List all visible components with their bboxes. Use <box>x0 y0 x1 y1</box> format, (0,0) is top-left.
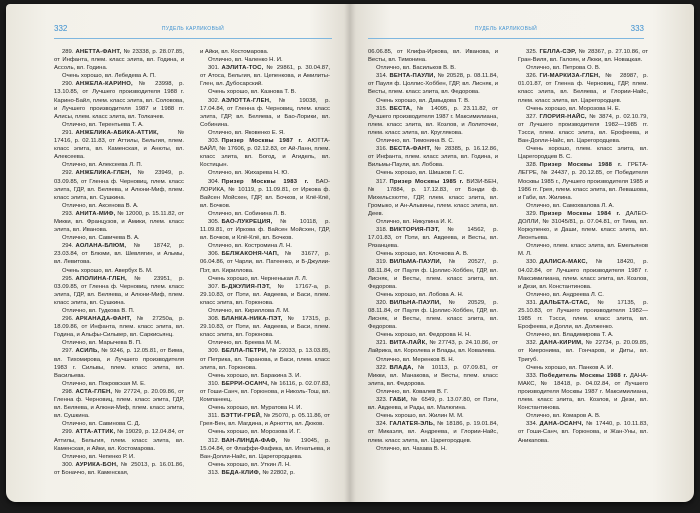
entry-number: 312. <box>208 438 219 444</box>
dog-entry: 332.ДАНА-КИРИМ, № 22734, р. 20.09.85, от… <box>518 339 648 371</box>
entry-grade: Очень хорошо, вл. Морозова Н. Е. <box>518 105 648 113</box>
pedigree-text: № 10113, р. 07.09.81, от Микки, вл. Мана… <box>368 365 498 387</box>
entry-number: 307. <box>208 284 219 290</box>
entry-number: 318. <box>376 227 387 233</box>
pedigree-text: № 22734, р. 20.09.85, от Киеронима, вл. … <box>518 340 648 362</box>
dog-entry: 304.Призер Москвы 1983 г. БАО-ЛОРИКА, № … <box>200 178 330 218</box>
dog-name: ДАНА-КИРИМ, <box>539 340 583 346</box>
entry-text: 296.АРКАНАДА-ФАНТ, № 27250а, р. 18.09.86… <box>54 315 184 339</box>
entry-grade: Отлично, вл. Тимонина В. С. <box>368 137 498 145</box>
dog-entry: 322.ВЛАДА, № 10113, р. 07.09.81, от Микк… <box>368 364 498 396</box>
entry-number: 302. <box>208 98 219 104</box>
dog-name: АУРИКА-БОН, <box>75 462 118 468</box>
entry-text: 289.АНЕТТА-ФАНТ, № 23338, р. 28.07.85, о… <box>54 48 184 72</box>
entry-grade: Очень хорошо, вл. Давыдова Т. В. <box>368 97 498 105</box>
pedigree-text: № 28385, р. 16.12.86, от Инфанта, плем. … <box>368 146 498 168</box>
dog-entry: 333.Победитель Москвы 1988 г. ДАНА-МАКС,… <box>518 372 648 421</box>
dog-name: АТТА-АТТИК, <box>75 429 115 435</box>
pedigree-text: № 22802, р. <box>262 470 295 476</box>
entry-grade: Отлично, вл. Савичева В. А. <box>54 234 184 242</box>
dog-name: АПОЛИНА-ГЛЕН, <box>75 276 126 282</box>
dog-name: ВИЛЬМА-ПАУЛИ, <box>389 259 441 265</box>
entry-text: 317.Призер Москвы 1985 г. ВИЗИ-БЕН, № 17… <box>368 178 498 218</box>
entry-number: 289. <box>62 49 73 55</box>
dog-name: АЭЛОТТА-ГЛЕН, <box>221 98 271 104</box>
entry-number: 325. <box>526 49 537 55</box>
pedigree-text: и Айки, вл. Костомарова. <box>200 49 268 55</box>
entry-text: 333.Победитель Москвы 1988 г. ДАНА-МАКС,… <box>518 372 648 412</box>
entry-number: 315. <box>376 106 387 112</box>
entry-grade: Отлично, вл. Петрова О. В. <box>518 64 648 72</box>
entry-text: 306.БЕЛЖАКОНЯ-ЧАП, № 31677, р. 06.04.86,… <box>200 250 330 274</box>
right-column-1: 06.06.85, от Клифа-Иркова, вл. Иванова, … <box>368 48 498 453</box>
entry-text: 297.АСИЛЬ, № 9246, р. 12.05.81, от Бима,… <box>54 347 184 379</box>
dog-name: ГАБИ, <box>389 397 407 403</box>
dog-name: Призер Москвы 1988 г. <box>539 162 621 168</box>
entry-grade: Отлично, вл. Терентьева Т. А. <box>54 121 184 129</box>
dog-entry: 320.ВИЛЬНА-ПАУЛИ, № 20529, р. 08.11.84, … <box>368 299 498 339</box>
entry-number: 332. <box>526 340 537 346</box>
entry-text: 303.Призер Москвы 1987 г. АЮТТА-БАЙЛ, № … <box>200 137 330 169</box>
entry-grade: Отлично, вл. Покровская М. Е. <box>54 380 184 388</box>
dog-entry: 292.АНЖЕЛИКА-ГЛЕН, № 23949, р. 03.09.85,… <box>54 169 184 209</box>
dog-entry: 329.Призер Москвы 1984 г. ДАЛЕО-ДОЛЛИ, №… <box>518 210 648 259</box>
dog-name: АРКАНАДА-ФАНТ, <box>75 316 131 322</box>
dog-entry: 295.АПОЛИНА-ГЛЕН, № 23951, р. 03.09.85, … <box>54 275 184 315</box>
entry-number: 314. <box>376 73 387 79</box>
entry-number: 309. <box>208 348 219 354</box>
entry-number: 290. <box>62 81 73 87</box>
entry-text: 321.ВИТА-ЛАЙК, № 27743, р. 24.10.86, от … <box>368 339 498 355</box>
entry-text: 334.ДАНА-ОСАНЧ, № 17440, р. 10.11.83, от… <box>518 420 648 444</box>
dog-name: Б-ДЖУЛИЯ-ПЭТ, <box>221 284 271 290</box>
entry-number: 319. <box>376 259 387 265</box>
dog-entry: 331.ДАЛЬЕТА-СТАС, № 17135, р. 25.10.83, … <box>518 299 648 339</box>
entry-grade: Очень хорошо, вл. Федорова Н. Н. <box>368 331 498 339</box>
dog-entry: 309.БЕЛЛА-ПЕТРИ, № 22033, р. 13.03.85, о… <box>200 347 330 379</box>
entry-text: 310.БЕРРИ-ОСАНЧ, № 16116, р. 02.07.83, о… <box>200 380 330 404</box>
dog-entry: 316.ВЕСТА-ФАНТ, № 28385, р. 16.12.86, от… <box>368 145 498 177</box>
entry-text: 329.Призер Москвы 1984 г. ДАЛЕО-ДОЛЛИ, №… <box>518 210 648 242</box>
entry-grade: Очень хорошо, вл. Лобова А. Н. <box>368 291 498 299</box>
dog-name: ВЕНТА-ПАУЛИ, <box>389 73 435 79</box>
dog-entry: 305.БАО-ЛУКРЕЦИЯ, № 10118, р. 11.09.81, … <box>200 218 330 250</box>
entry-number: 328. <box>526 162 537 168</box>
entry-grade: Отлично, вл. Васильков В. В. <box>368 64 498 72</box>
dog-entry: 326.ГИ-МАРКИЗА-ГЛЕН, № 28987, р. 01.01.8… <box>518 72 648 112</box>
entry-text: 331.ДАЛЬЕТА-СТАС, № 17135, р. 25.10.83, … <box>518 299 648 331</box>
right-running-head: ПУДЕЛЬ КАРЛИКОВЫЙ 333 <box>368 24 644 39</box>
entry-text: 323.ГАБИ, № 6549, р. 13.07.80, от Пэти, … <box>368 396 498 412</box>
pedigree-text: 06.06.85, от Клифа-Иркова, вл. Иванова, … <box>368 49 498 63</box>
dog-name: ГАЛАТЕЯ-ЭЛЬ, <box>389 421 434 427</box>
entry-number: 313. <box>208 470 219 476</box>
dog-entry: 317.Призер Москвы 1985 г. ВИЗИ-БЕН, № 17… <box>368 178 498 227</box>
entry-text: 06.06.85, от Клифа-Иркова, вл. Иванова, … <box>368 48 498 64</box>
dog-name: Победитель Москвы 1988 г. <box>539 373 627 379</box>
entry-number: 321. <box>376 340 387 346</box>
pedigree-text: № 25070, р. 05.11.86, от Грея-Вен, вл. М… <box>200 413 330 427</box>
dog-entry: 310.БЕРРИ-ОСАНЧ, № 16116, р. 02.07.83, о… <box>200 380 330 412</box>
dog-entry: 324.ГАЛАТЕЯ-ЭЛЬ, № 18186, р. 19.01.84, о… <box>368 420 498 452</box>
entry-number: 308. <box>208 316 219 322</box>
entry-text: 315.ВЕСТА, № 14095, р. 23.11.82, от Лучш… <box>368 105 498 137</box>
pedigree-text: № 25013, р. 16.01.86, от Боначчо, вл. Ка… <box>54 462 184 476</box>
entry-grade: Очень хорошо, вл. Жилин М. М. <box>368 412 498 420</box>
entry-grade: Очень хорошо, вл. Казнова Т. В. <box>200 88 330 96</box>
entry-text: 318.ВИКТОРИЯ-ПЭТ, № 14562, р. 17.01.83, … <box>368 226 498 250</box>
entry-grade: Очень хорошо, вл. Морозова И. Г. <box>200 428 330 436</box>
entry-number: 333. <box>526 373 537 379</box>
dog-entry: 327.ГЛОРИЯ-НАЙС, № 3874, р. 02.10.79, от… <box>518 113 648 162</box>
entry-text: 316.ВЕСТА-ФАНТ, № 28385, р. 16.12.86, от… <box>368 145 498 169</box>
entry-grade: Очень хорошо, вл. Черненькая Л. Л. <box>200 275 330 283</box>
dog-entry: 302.АЭЛОТТА-ГЛЕН, № 19038, р. 17.04.84, … <box>200 97 330 137</box>
entry-number: 298. <box>62 389 73 395</box>
entry-text: 326.ГИ-МАРКИЗА-ГЛЕН, № 28987, р. 01.01.8… <box>518 72 648 104</box>
dog-name: АНЖЕЛА-КАРИНО, <box>75 81 132 87</box>
left-column-1: 289.АНЕТТА-ФАНТ, № 23338, р. 28.07.85, о… <box>54 48 184 477</box>
entry-grade: Отлично, вл. Марычева В. П. <box>54 339 184 347</box>
dog-name: ВИТА-ЛАЙК, <box>389 340 427 346</box>
dog-entry: 321.ВИТА-ЛАЙК, № 27743, р. 24.10.86, от … <box>368 339 498 363</box>
dog-name: АСТА-ГЛЕН, <box>75 389 112 395</box>
entry-grade: Отлично, вл. Кириллова Л. М. <box>200 307 330 315</box>
entry-grade: Отлично, вл. Аксенова В. А. <box>54 202 184 210</box>
entry-text: 311.БЭТТИ-ГРЕЙ, № 25070, р. 05.11.86, от… <box>200 412 330 428</box>
pedigree-text: № 14095, р. 23.11.82, от Лучшего произво… <box>368 106 498 136</box>
entry-number: 330. <box>526 259 537 265</box>
dog-entry: 297.АСИЛЬ, № 9246, р. 12.05.81, от Бима,… <box>54 347 184 387</box>
entry-grade: Очень хорошо, вл. Лебедева А. П. <box>54 72 184 80</box>
entry-grade: Очень хорошо, плем. класс элита, вл. Цар… <box>518 145 648 161</box>
entry-text: 330.ДАЛИСА-МАКС, № 18420, р. 04.02.84, о… <box>518 258 648 290</box>
dog-name: ГЛОРИЯ-НАЙС, <box>539 114 586 120</box>
entry-text: 304.Призер Москвы 1983 г. БАО-ЛОРИКА, № … <box>200 178 330 210</box>
entry-number: 296. <box>62 316 73 322</box>
pedigree-text: № 6549, р. 13.07.80, от Пэти, вл. Авдеев… <box>368 397 498 411</box>
dog-name: ГЕЛЛА-СЭР, <box>539 49 576 55</box>
dog-entry: 308.БЛАНКА-НИКА-ПЭТ, № 17315, р. 29.10.8… <box>200 315 330 347</box>
entry-grade: Очень хорошо, вл. Баракина З. И. <box>200 372 330 380</box>
dog-entry: 293.АНИТА-МИФ, № 12000, р. 15.11.82, от … <box>54 210 184 242</box>
dog-entry: и Айки, вл. Костомарова.Отлично, вл. Чал… <box>200 48 330 64</box>
dog-name: АНИТА-МИФ, <box>75 211 115 217</box>
dog-entry: 301.АЭЛИТА-ТОС, № 29861, р. 30.04.87, от… <box>200 64 330 96</box>
entry-text: 313.ВЕДА-КЛИФ, № 22802, р. <box>200 469 330 477</box>
dog-name: АНЖЕЛИКА-АБИКА-АТТИК, <box>75 130 158 136</box>
dog-name: ДАНА-ОСАНЧ, <box>539 421 583 427</box>
entry-grade: Очень хорошо, вл. Клочкова А. В. <box>368 250 498 258</box>
entry-text: 295.АПОЛИНА-ГЛЕН, № 23951, р. 03.09.85, … <box>54 275 184 307</box>
entry-number: 329. <box>526 211 537 217</box>
dog-entry: 303.Призер Москвы 1987 г. АЮТТА-БАЙЛ, № … <box>200 137 330 177</box>
dog-name: Призер Москвы 1987 г. <box>221 138 302 144</box>
dog-entry: 311.БЭТТИ-ГРЕЙ, № 25070, р. 05.11.86, от… <box>200 412 330 436</box>
dog-name: БЭТТИ-ГРЕЙ, <box>221 413 262 419</box>
entry-number: 331. <box>526 300 537 306</box>
entry-grade: Очень хорошо, вл. Муратова Н. И. <box>200 404 330 412</box>
dog-entry: 300.АУРИКА-БОН, № 25013, р. 16.01.86, от… <box>54 461 184 477</box>
dog-name: ВАН-ЛИНДА-ФАФ, <box>221 438 277 444</box>
pedigree-text: № 19029, р. 12.04.84, от Аттилы, Бельгия… <box>54 429 184 451</box>
dog-entry: 325.ГЕЛЛА-СЭР, № 28367, р. 27.10.86, от … <box>518 48 648 72</box>
entry-text: 309.БЕЛЛА-ПЕТРИ, № 22033, р. 13.03.85, о… <box>200 347 330 371</box>
dog-name: АОЛАНА-БЛЮМ, <box>75 243 126 249</box>
entry-grade: Отлично, вл. Собинина Л. В. <box>200 210 330 218</box>
dog-entry: 319.ВИЛЬМА-ПАУЛИ, № 20527, р. 08.11.84, … <box>368 258 498 298</box>
dog-name: БЛАНКА-НИКА-ПЭТ, <box>221 316 282 322</box>
entry-text: 325.ГЕЛЛА-СЭР, № 28367, р. 27.10.86, от … <box>518 48 648 64</box>
dog-name: ВЕСТА-ФАНТ, <box>389 146 431 152</box>
entry-number: 324. <box>376 421 387 427</box>
dog-name: ГИ-МАРКИЗА-ГЛЕН, <box>539 73 600 79</box>
dog-name: Призер Москвы 1984 г. <box>539 211 620 217</box>
dog-entry: 313.ВЕДА-КЛИФ, № 22802, р. <box>200 469 330 477</box>
entry-text: 332.ДАНА-КИРИМ, № 22734, р. 20.09.85, от… <box>518 339 648 363</box>
entry-grade: Отлично, вл. Жихарева Н. Ю. <box>200 169 330 177</box>
entry-number: 303. <box>208 138 219 144</box>
entry-number: 293. <box>62 211 73 217</box>
dog-entry: 294.АОЛАНА-БЛЮМ, № 18742, р. 23.03.84, о… <box>54 242 184 274</box>
dog-entry: 330.ДАЛИСА-МАКС, № 18420, р. 04.02.84, о… <box>518 258 648 298</box>
entry-number: 311. <box>208 413 219 419</box>
entry-number: 294. <box>62 243 73 249</box>
entry-grade: Отлично, вл. Бреева М. М. <box>200 339 330 347</box>
pedigree-text: № 27743, р. 24.10.86, от Лайрика, вл. Ко… <box>368 340 498 354</box>
entry-text: 294.АОЛАНА-БЛЮМ, № 18742, р. 23.03.84, о… <box>54 242 184 266</box>
entry-number: 297. <box>62 348 73 354</box>
entry-text: 322.ВЛАДА, № 10113, р. 07.09.81, от Микк… <box>368 364 498 388</box>
dog-name: АСИЛЬ, <box>75 348 99 354</box>
dog-name: ВЕСТА, <box>389 106 412 112</box>
page-number: 333 <box>631 24 644 33</box>
entry-number: 305. <box>208 219 219 225</box>
entry-text: 292.АНЖЕЛИКА-ГЛЕН, № 23949, р. 03.09.85,… <box>54 169 184 201</box>
entry-grade: Очень хорошо, вл. Панков А. И. <box>518 364 648 372</box>
entry-number: 300. <box>62 462 73 468</box>
entry-number: 304. <box>208 179 219 185</box>
dog-entry: 289.АНЕТТА-ФАНТ, № 23338, р. 28.07.85, о… <box>54 48 184 80</box>
dog-entry: 314.ВЕНТА-ПАУЛИ, № 20528, р. 08.11.84, о… <box>368 72 498 104</box>
entry-number: 322. <box>376 365 387 371</box>
entry-grade: Отлично, вл. Савинова С. Д. <box>54 420 184 428</box>
entry-text: 319.ВИЛЬМА-ПАУЛИ, № 20527, р. 08.11.84, … <box>368 258 498 290</box>
entry-grade: Отлично, вл. Алексеева Л. П. <box>54 161 184 169</box>
dog-name: ВИЛЬНА-ПАУЛИ, <box>389 300 441 306</box>
entry-grade: Отлично, вл. Ковалев В. Г. <box>368 388 498 396</box>
entry-text: 305.БАО-ЛУКРЕЦИЯ, № 10118, р. 11.09.81, … <box>200 218 330 242</box>
entry-number: 327. <box>526 114 537 120</box>
entry-grade: Отлично, вл. Меренков В. Н. <box>368 356 498 364</box>
book-spread: 332 ПУДЕЛЬ КАРЛИКОВЫЙ 289.АНЕТТА-ФАНТ, №… <box>6 4 694 502</box>
pedigree-text: № 28367, р. 27.10.86, от Гран-Виля, вл. … <box>518 49 648 63</box>
entry-grade: Отлично, вл. Костромина Л. Н. <box>200 242 330 250</box>
dog-entry: 328.Призер Москвы 1988 г. ГРЕТА-ЛЕГРЕ, №… <box>518 161 648 210</box>
dog-name: Призер Москвы 1985 г. <box>389 179 463 185</box>
entry-text: 312.ВАН-ЛИНДА-ФАФ, № 19045, р. 15.04.84,… <box>200 437 330 461</box>
entry-text: 301.АЭЛИТА-ТОС, № 29861, р. 30.04.87, от… <box>200 64 330 88</box>
entry-number: 295. <box>62 276 73 282</box>
entry-text: 308.БЛАНКА-НИКА-ПЭТ, № 17315, р. 29.10.8… <box>200 315 330 339</box>
entry-number: 323. <box>376 397 387 403</box>
dog-entry: 307.Б-ДЖУЛИЯ-ПЭТ, № 17167-а, р. 29.10.83… <box>200 283 330 315</box>
dog-name: ДАЛИСА-МАКС, <box>539 259 587 265</box>
running-title: ПУДЕЛЬ КАРЛИКОВЫЙ <box>368 26 644 32</box>
entry-grade: Очень хорошо, вл. Авербух Б. М. <box>54 267 184 275</box>
dog-name: ДАЛЬЕТА-СТАС, <box>539 300 589 306</box>
dog-entry: 291.АНЖЕЛИКА-АБИКА-АТТИК, № 17416, р. 02… <box>54 129 184 169</box>
pedigree-text: № 27724, р. 20.09.86, от Гленна ф. Черно… <box>54 389 184 419</box>
entry-text: 327.ГЛОРИЯ-НАЙС, № 3874, р. 02.10.79, от… <box>518 113 648 145</box>
dog-entry: 315.ВЕСТА, № 14095, р. 23.11.82, от Лучш… <box>368 105 498 145</box>
dog-name: АНЖЕЛИКА-ГЛЕН, <box>75 170 131 176</box>
entry-grade: Очень хорошо, вл. Уткин Л. Н. <box>200 461 330 469</box>
dog-entry: 334.ДАНА-ОСАНЧ, № 17440, р. 10.11.83, от… <box>518 420 648 444</box>
dog-entry: 06.06.85, от Клифа-Иркова, вл. Иванова, … <box>368 48 498 72</box>
dog-name: АНЕТТА-ФАНТ, <box>75 49 121 55</box>
dog-name: АЭЛИТА-ТОС, <box>221 65 263 71</box>
entry-number: 317. <box>376 179 387 185</box>
entry-grade: Отлично, плем. класс элита, вл. Емельяно… <box>518 242 648 258</box>
entry-text: 307.Б-ДЖУЛИЯ-ПЭТ, № 17167-а, р. 29.10.83… <box>200 283 330 307</box>
entry-text: 291.АНЖЕЛИКА-АБИКА-АТТИК, № 17416, р. 02… <box>54 129 184 161</box>
entry-number: 301. <box>208 65 219 71</box>
entry-grade: Отлично, вл. Яковенко Е. Я. <box>200 129 330 137</box>
entry-grade: Отлично, вл. Владимирова Т. А. <box>518 331 648 339</box>
entry-text: 328.Призер Москвы 1988 г. ГРЕТА-ЛЕГРЕ, №… <box>518 161 648 201</box>
entry-grade: Отлично, вл. Гудкова В. П. <box>54 307 184 315</box>
entry-number: 299. <box>62 429 73 435</box>
left-column-2: и Айки, вл. Костомарова.Отлично, вл. Чал… <box>200 48 330 477</box>
dog-entry: 298.АСТА-ГЛЕН, № 27724, р. 20.09.86, от … <box>54 388 184 428</box>
entry-number: 310. <box>208 381 219 387</box>
entry-grade: Отлично, вл. Чахава В. Н. <box>368 445 498 453</box>
dog-entry: 318.ВИКТОРИЯ-ПЭТ, № 14562, р. 17.01.83, … <box>368 226 498 258</box>
entry-grade: Отлично, вл. Самохвалова Л. А. <box>518 202 648 210</box>
dog-name: ВЕДА-КЛИФ, <box>221 470 260 476</box>
dog-entry: 312.ВАН-ЛИНДА-ФАФ, № 19045, р. 15.04.84,… <box>200 437 330 469</box>
entry-text: 324.ГАЛАТЕЯ-ЭЛЬ, № 18186, р. 19.01.84, о… <box>368 420 498 444</box>
left-running-head: 332 ПУДЕЛЬ КАРЛИКОВЫЙ <box>54 24 332 39</box>
dog-name: Призер Москвы 1983 г. <box>221 179 308 185</box>
dog-name: ВИКТОРИЯ-ПЭТ, <box>389 227 439 233</box>
entry-text: 293.АНИТА-МИФ, № 12000, р. 15.11.82, от … <box>54 210 184 234</box>
entry-text: 314.ВЕНТА-ПАУЛИ, № 20528, р. 08.11.84, о… <box>368 72 498 96</box>
dog-entry: 323.ГАБИ, № 6549, р. 13.07.80, от Пэти, … <box>368 396 498 420</box>
dog-name: БАО-ЛУКРЕЦИЯ, <box>221 219 272 225</box>
entry-text: 298.АСТА-ГЛЕН, № 27724, р. 20.09.86, от … <box>54 388 184 420</box>
entry-grade: Отлично, вл. Андреева Л. С. <box>518 291 648 299</box>
entry-grade: Отлично, вл. Никулина И. К. <box>368 218 498 226</box>
entry-text: 302.АЭЛОТТА-ГЛЕН, № 19038, р. 17.04.84, … <box>200 97 330 129</box>
entry-text: 290.АНЖЕЛА-КАРИНО, № 23998, р. 13.10.85,… <box>54 80 184 120</box>
dog-entry: 290.АНЖЕЛА-КАРИНО, № 23998, р. 13.10.85,… <box>54 80 184 129</box>
dog-entry: 306.БЕЛЖАКОНЯ-ЧАП, № 31677, р. 06.04.86,… <box>200 250 330 282</box>
right-column-2: 325.ГЕЛЛА-СЭР, № 28367, р. 27.10.86, от … <box>518 48 648 445</box>
dog-name: БЕЛЛА-ПЕТРИ, <box>221 348 268 354</box>
dog-name: БЕРРИ-ОСАНЧ, <box>221 381 269 387</box>
entry-number: 306. <box>208 251 219 257</box>
entry-number: 320. <box>376 300 387 306</box>
running-title: ПУДЕЛЬ КАРЛИКОВЫЙ <box>54 26 332 32</box>
entry-number: 292. <box>62 170 73 176</box>
dog-entry: 296.АРКАНАДА-ФАНТ, № 27250а, р. 18.09.86… <box>54 315 184 347</box>
entry-text: 299.АТТА-АТТИК, № 19029, р. 12.04.84, от… <box>54 428 184 452</box>
pedigree-text: № 9246, р. 12.05.81, от Бима, вл. Тихоми… <box>54 348 184 378</box>
pedigree-text: № 29861, р. 30.04.87, от Атоса, Бельгия,… <box>200 65 330 87</box>
entry-number: 316. <box>376 146 387 152</box>
pedigree-text: № 12000, р. 15.11.82, от Микки, вл. Фран… <box>54 211 184 233</box>
dog-name: БЕЛЖАКОНЯ-ЧАП, <box>221 251 279 257</box>
entry-number: 326. <box>526 73 537 79</box>
entry-grade: Очень хорошо, вл. Шишков Г. С. <box>368 169 498 177</box>
entry-grade: Отлично, вл. Чаленко Н. И. <box>200 56 330 64</box>
left-page: 332 ПУДЕЛЬ КАРЛИКОВЫЙ 289.АНЕТТА-ФАНТ, №… <box>6 4 350 502</box>
entry-text: 320.ВИЛЬНА-ПАУЛИ, № 20529, р. 08.11.84, … <box>368 299 498 331</box>
entry-text: 300.АУРИКА-БОН, № 25013, р. 16.01.86, от… <box>54 461 184 477</box>
entry-grade: Отлично, вл. Чепенко Р. И. <box>54 453 184 461</box>
dog-entry: 299.АТТА-АТТИК, № 19029, р. 12.04.84, от… <box>54 428 184 460</box>
entry-grade: Отлично, вл. Комаров А. В. <box>518 412 648 420</box>
entry-number: 334. <box>526 421 537 427</box>
dog-name: ВЛАДА, <box>389 365 413 371</box>
right-page: ПУДЕЛЬ КАРЛИКОВЫЙ 333 06.06.85, от Клифа… <box>350 4 694 502</box>
entry-number: 291. <box>62 130 73 136</box>
entry-text: и Айки, вл. Костомарова. <box>200 48 330 56</box>
